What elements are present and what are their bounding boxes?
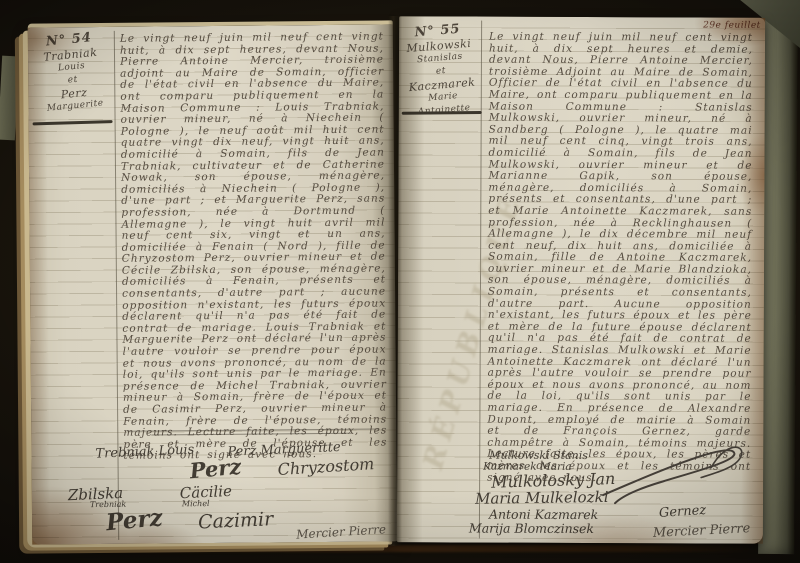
signature: Maria Mulkelozki [475,488,609,508]
margin-annotation-left: N° 54 Trabniak Louis et Perz Marguerite [29,30,116,117]
book-gutter-shadow [388,16,402,546]
officiant-signature: Mercier Pierre [296,522,387,541]
signature: Marija Blomczinsek [469,521,594,537]
margin-annotation-right: N° 55 Mulkowski Stanislas et Kaczmarek M… [397,21,484,120]
book-cover-left-tab [0,56,19,141]
officiant-signature: Mercier Pierre [653,521,751,541]
folio-number-label: 29e feuillet [703,21,761,31]
acte-54-body-text: Le vingt neuf juin mil neuf cent vingt h… [120,31,388,462]
table-edge-shadow [40,545,760,552]
page-left-acte-54: N° 54 Trabniak Louis et Perz Marguerite … [28,24,397,544]
register-photo: N° 54 Trabniak Louis et Perz Marguerite … [0,0,800,563]
page-right-acte-55: 29e feuillet RÉPUBLIQUE N° 55 Mulkowski … [397,16,765,544]
acte-55-body-text: Le vingt neuf juin mil neuf cent vingt h… [487,32,753,485]
signature: Michel [182,499,210,508]
signature: Cazimir [198,508,274,533]
signature: Perz [189,454,243,484]
signature: Gernez [659,503,707,521]
signature: Perz [105,504,164,536]
margin-underline [33,120,113,125]
dupont-paraph-flourish [593,433,753,514]
